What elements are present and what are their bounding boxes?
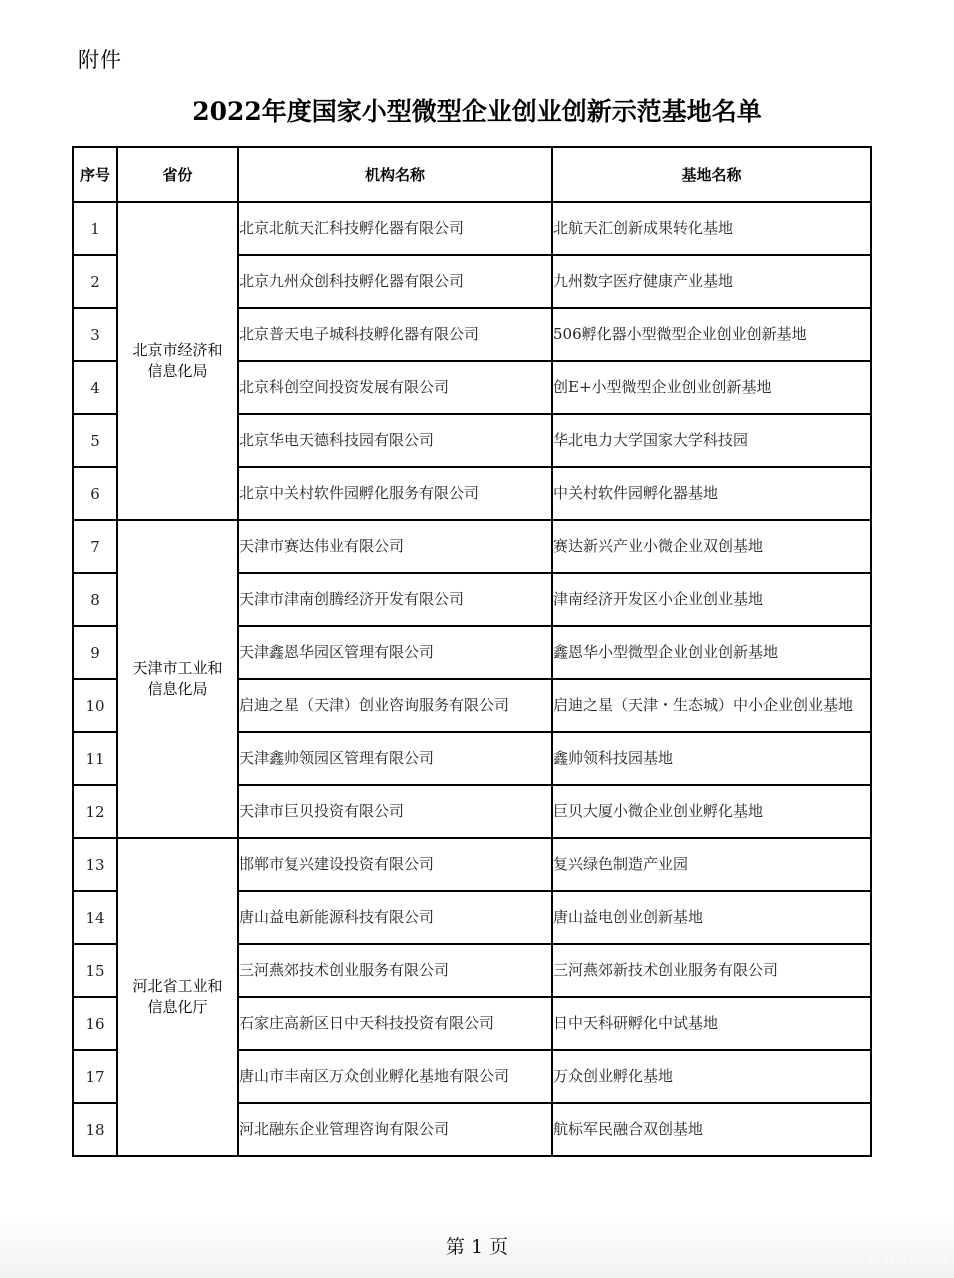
base-name: 津南经济开发区小企业创业基地 <box>552 573 871 626</box>
row-no: 11 <box>73 732 117 785</box>
document-title: 2022年度国家小型微型企业创业创新示范基地名单 <box>0 92 954 128</box>
organization-name: 唐山市丰南区万众创业孵化基地有限公司 <box>238 1050 552 1103</box>
table-header-row: 序号 省份 机构名称 基地名称 <box>73 147 871 202</box>
row-no: 9 <box>73 626 117 679</box>
base-name: 九州数字医疗健康产业基地 <box>552 255 871 308</box>
table-row: 1 北京市经济和信息化局 北京北航天汇科技孵化器有限公司 北航天汇创新成果转化基… <box>73 202 871 255</box>
organization-name: 三河燕郊技术创业服务有限公司 <box>238 944 552 997</box>
header-base: 基地名称 <box>552 147 871 202</box>
organization-name: 唐山益电新能源科技有限公司 <box>238 891 552 944</box>
header-no: 序号 <box>73 147 117 202</box>
watermark-text: m.8itiys.com <box>869 1254 948 1267</box>
row-no: 1 <box>73 202 117 255</box>
organization-name: 天津市赛达伟业有限公司 <box>238 520 552 573</box>
base-name: 鑫恩华小型微型企业创业创新基地 <box>552 626 871 679</box>
base-name: 万众创业孵化基地 <box>552 1050 871 1103</box>
organization-name: 邯郸市复兴建设投资有限公司 <box>238 838 552 891</box>
organization-name: 北京中关村软件园孵化服务有限公司 <box>238 467 552 520</box>
province-line: 北京市经济和 <box>132 341 222 359</box>
province-line: 河北省工业和 <box>132 977 222 995</box>
organization-name: 启迪之星（天津）创业咨询服务有限公司 <box>238 679 552 732</box>
row-no: 5 <box>73 414 117 467</box>
table-row: 7 天津市工业和信息化局 天津市赛达伟业有限公司 赛达新兴产业小微企业双创基地 <box>73 520 871 573</box>
base-name: 启迪之星（天津・生态城）中小企业创业基地 <box>552 679 871 732</box>
organization-name: 石家庄高新区日中天科技投资有限公司 <box>238 997 552 1050</box>
base-name: 巨贝大厦小微企业创业孵化基地 <box>552 785 871 838</box>
base-name: 创E+小型微型企业创业创新基地 <box>552 361 871 414</box>
row-no: 15 <box>73 944 117 997</box>
base-name: 北航天汇创新成果转化基地 <box>552 202 871 255</box>
organization-name: 天津鑫恩华园区管理有限公司 <box>238 626 552 679</box>
organization-name: 北京普天电子城科技孵化器有限公司 <box>238 308 552 361</box>
row-no: 16 <box>73 997 117 1050</box>
province-cell-hebei: 河北省工业和信息化厅 <box>117 838 238 1156</box>
base-name: 中关村软件园孵化器基地 <box>552 467 871 520</box>
row-no: 12 <box>73 785 117 838</box>
organization-name: 天津市巨贝投资有限公司 <box>238 785 552 838</box>
row-no: 2 <box>73 255 117 308</box>
row-no: 3 <box>73 308 117 361</box>
base-name: 日中天科研孵化中试基地 <box>552 997 871 1050</box>
row-no: 7 <box>73 520 117 573</box>
row-no: 8 <box>73 573 117 626</box>
organization-name: 北京科创空间投资发展有限公司 <box>238 361 552 414</box>
organization-name: 天津市津南创腾经济开发有限公司 <box>238 573 552 626</box>
province-line: 天津市工业和 <box>132 659 222 677</box>
header-organization: 机构名称 <box>238 147 552 202</box>
province-line: 信息化局 <box>147 362 207 380</box>
row-no: 6 <box>73 467 117 520</box>
document-title-text: 2022年度国家小型微型企业创业创新示范基地名单 <box>192 92 762 128</box>
row-no: 17 <box>73 1050 117 1103</box>
page-number: 第 1 页 <box>0 1232 954 1259</box>
row-no: 10 <box>73 679 117 732</box>
province-line: 信息化局 <box>147 680 207 698</box>
demonstration-base-table: 序号 省份 机构名称 基地名称 1 北京市经济和信息化局 北京北航天汇科技孵化器… <box>72 146 872 1157</box>
organization-name: 北京北航天汇科技孵化器有限公司 <box>238 202 552 255</box>
province-cell-tianjin: 天津市工业和信息化局 <box>117 520 238 838</box>
province-line: 信息化厅 <box>147 998 207 1016</box>
province-cell-beijing: 北京市经济和信息化局 <box>117 202 238 520</box>
header-province: 省份 <box>117 147 238 202</box>
organization-name: 北京九州众创科技孵化器有限公司 <box>238 255 552 308</box>
base-name: 三河燕郊新技术创业服务有限公司 <box>552 944 871 997</box>
base-name: 鑫帅领科技园基地 <box>552 732 871 785</box>
organization-name: 天津鑫帅领园区管理有限公司 <box>238 732 552 785</box>
table-row: 13 河北省工业和信息化厅 邯郸市复兴建设投资有限公司 复兴绿色制造产业园 <box>73 838 871 891</box>
organization-name: 北京华电天德科技园有限公司 <box>238 414 552 467</box>
row-no: 4 <box>73 361 117 414</box>
attachment-label: 附件 <box>78 44 122 74</box>
base-name: 复兴绿色制造产业园 <box>552 838 871 891</box>
row-no: 14 <box>73 891 117 944</box>
row-no: 18 <box>73 1103 117 1156</box>
base-name: 唐山益电创业创新基地 <box>552 891 871 944</box>
organization-name: 河北融东企业管理咨询有限公司 <box>238 1103 552 1156</box>
base-name: 506孵化器小型微型企业创业创新基地 <box>552 308 871 361</box>
base-name: 赛达新兴产业小微企业双创基地 <box>552 520 871 573</box>
base-name: 华北电力大学国家大学科技园 <box>552 414 871 467</box>
base-name: 航标军民融合双创基地 <box>552 1103 871 1156</box>
row-no: 13 <box>73 838 117 891</box>
